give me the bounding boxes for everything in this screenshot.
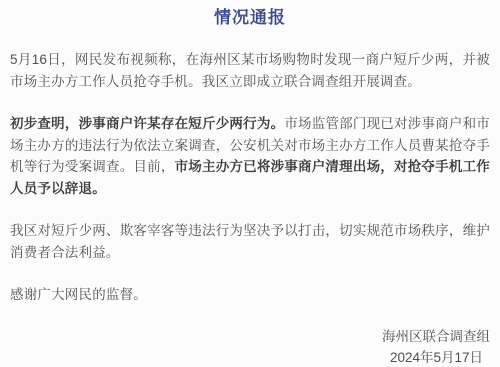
paragraph-segment: 感谢广大网民的监督。 (10, 287, 147, 302)
paragraph-segment: 我区对短斤少两、欺客宰客等违法行为坚决予以打击，切实规范市场秩序，维护消费者合法… (10, 223, 490, 260)
paragraph-segment-bold: 初步查明，涉事商户许某存在短斤少两行为。 (10, 116, 284, 131)
notice-body: 5月16日，网民发布视频称，在海州区某市场购物时发现一商户短斤少两，并被市场主办… (10, 49, 490, 306)
notice-page: 情况通报 5月16日，网民发布视频称，在海州区某市场购物时发现一商户短斤少两，并… (0, 0, 500, 367)
notice-paragraph: 我区对短斤少两、欺客宰客等违法行为坚决予以打击，切实规范市场秩序，维护消费者合法… (10, 220, 490, 263)
paragraph-segment: 5月16日，网民发布视频称，在海州区某市场购物时发现一商户短斤少两，并被市场主办… (10, 52, 490, 89)
notice-paragraph: 5月16日，网民发布视频称，在海州区某市场购物时发现一商户短斤少两，并被市场主办… (10, 49, 490, 92)
notice-title: 情况通报 (10, 8, 490, 28)
notice-signature: 海州区联合调查组 2024年5月17日 (10, 326, 490, 367)
notice-paragraph: 初步查明，涉事商户许某存在短斤少两行为。市场监管部门现已对涉事商户和市场主办方的… (10, 113, 490, 199)
signature-org: 海州区联合调查组 (10, 326, 490, 347)
signature-date: 2024年5月17日 (10, 347, 490, 367)
notice-paragraph: 感谢广大网民的监督。 (10, 284, 490, 306)
